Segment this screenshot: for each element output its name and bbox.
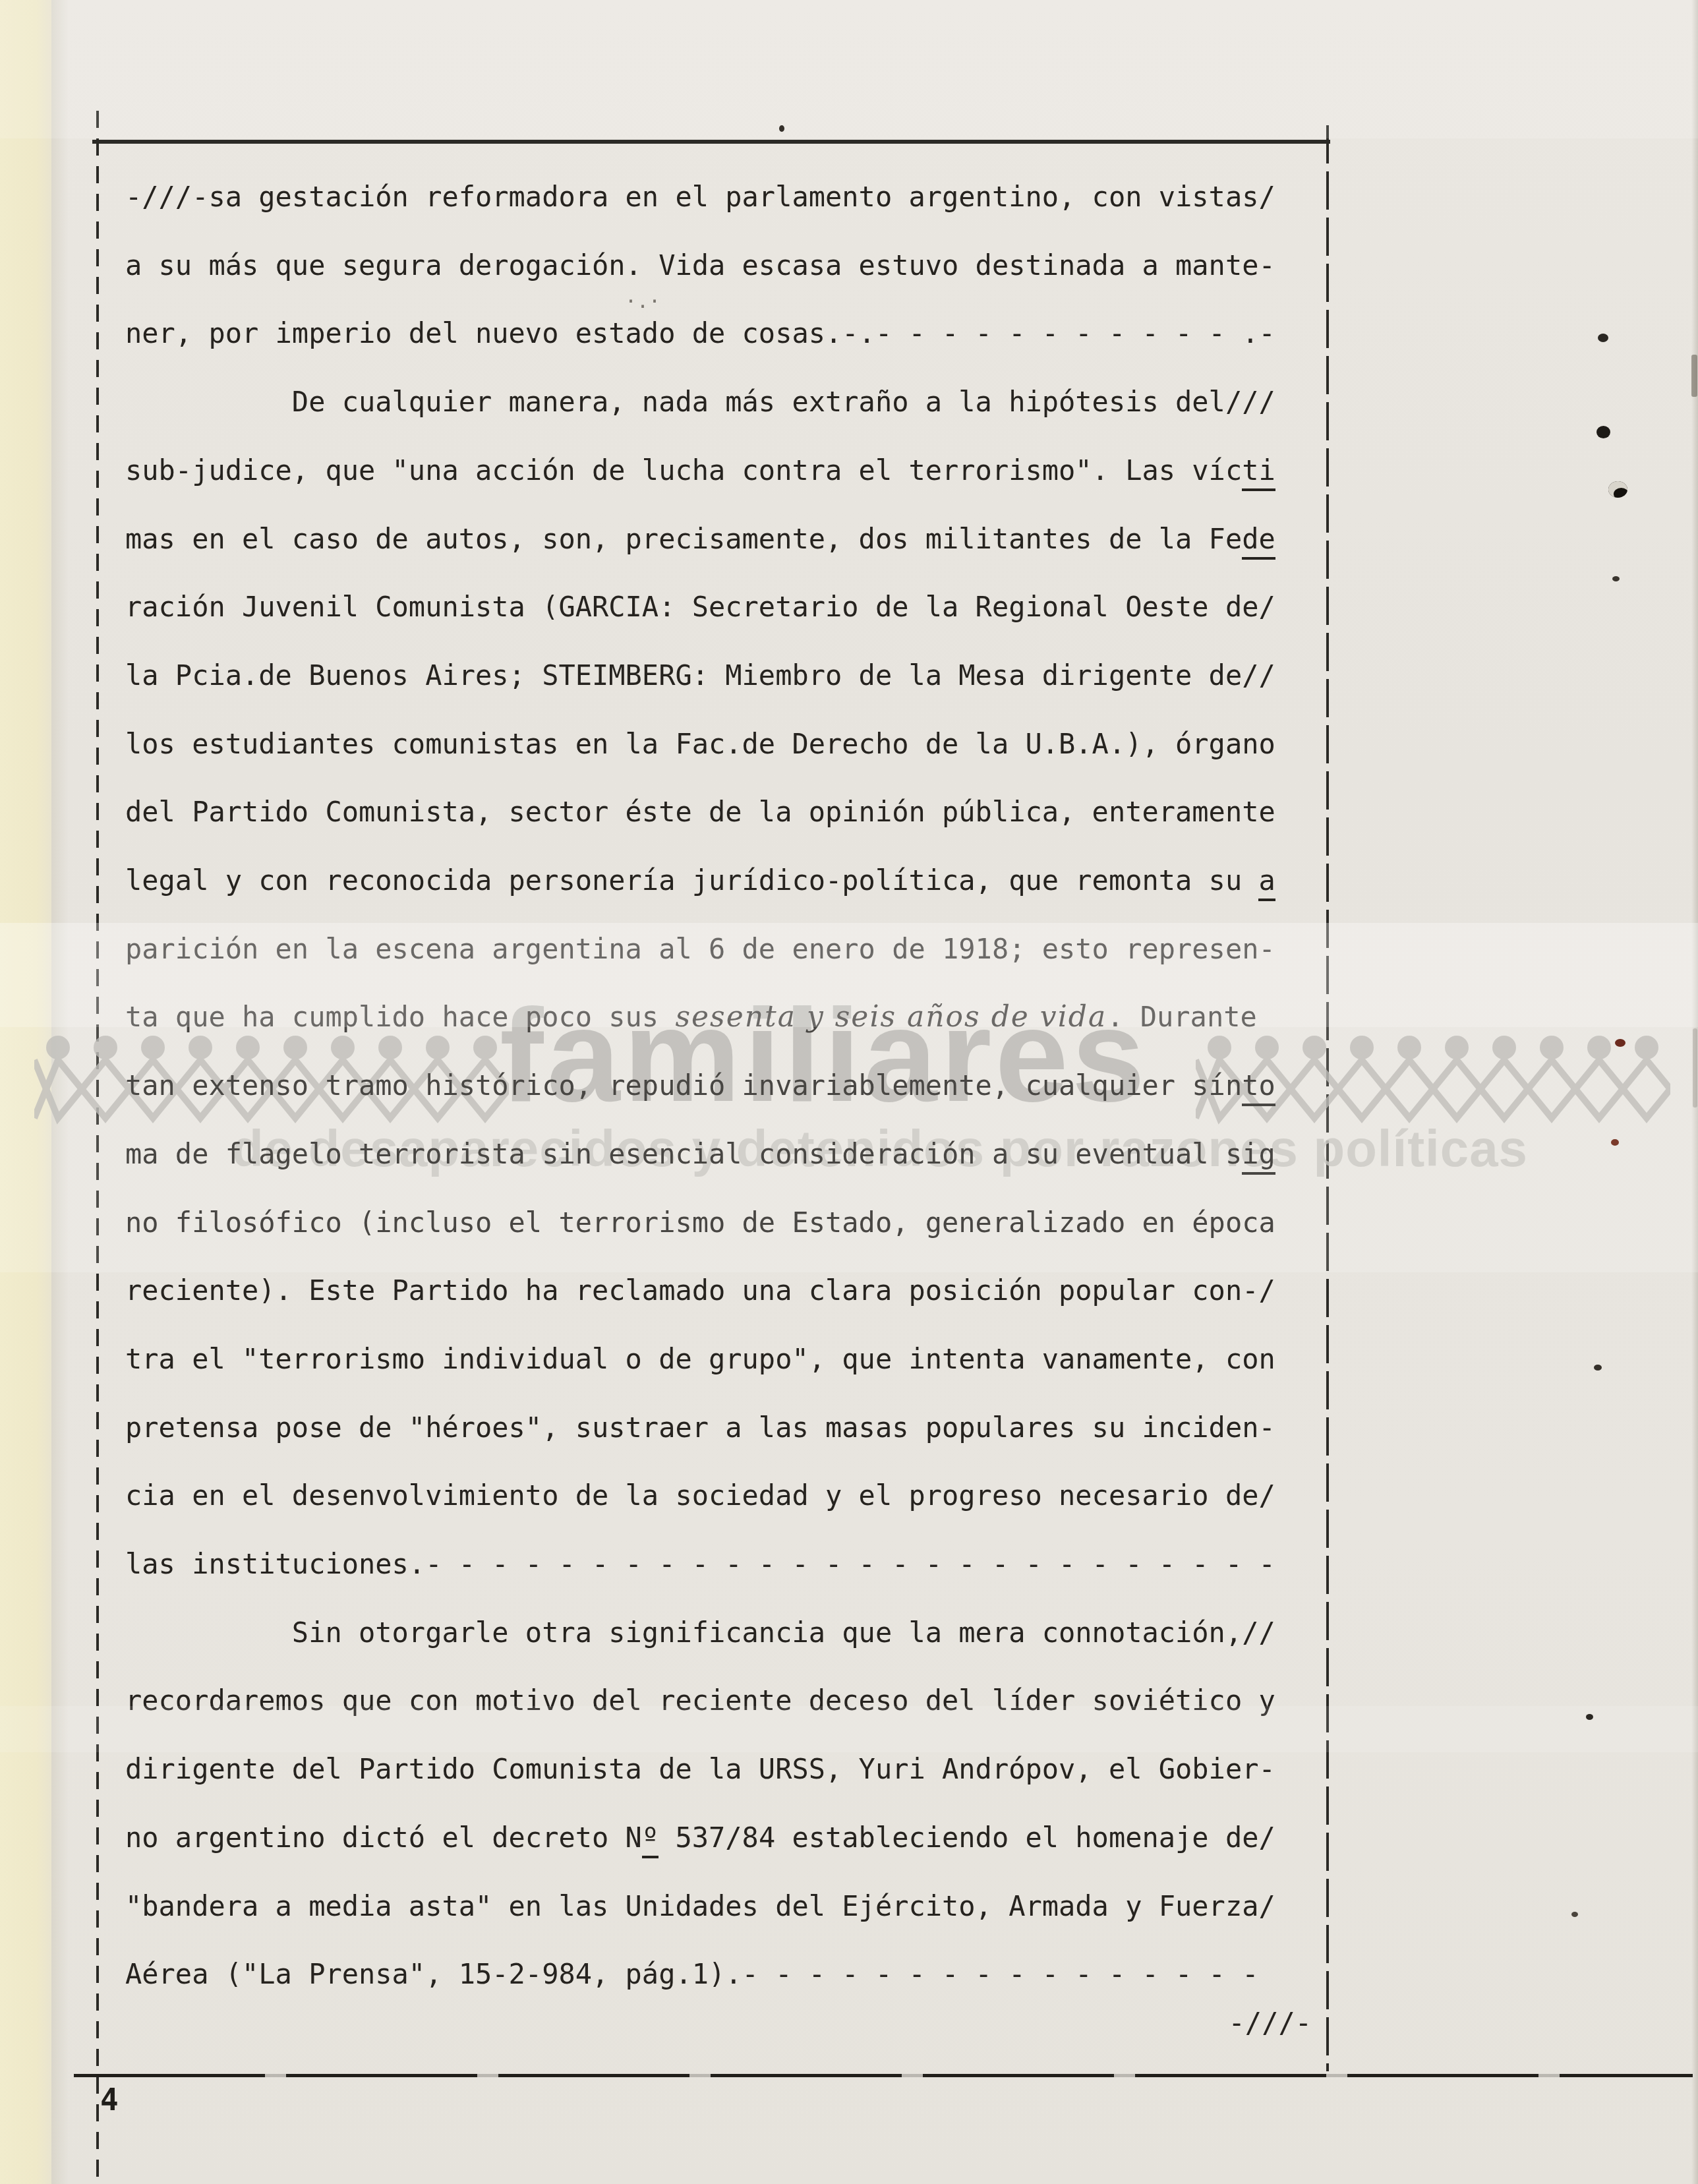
- scan-artifact: [779, 125, 784, 132]
- text-segment: recordaremos que con motivo del reciente…: [125, 1684, 1275, 1717]
- text-segment: Aérea ("La Prensa", 15-2-984, pág.1).- -…: [125, 1958, 1258, 1990]
- text-segment: tra el "terrorismo individual o de grupo…: [125, 1343, 1275, 1375]
- text-segment: del Partido Comunista, sector éste de la…: [125, 796, 1275, 828]
- scanned-document-page: familiares de desaparecidos y detenidos …: [0, 0, 1698, 2184]
- text-segment: reciente). Este Partido ha reclamado una…: [125, 1274, 1275, 1307]
- text-line: ración Juvenil Comunista (GARCIA: Secret…: [125, 592, 1275, 622]
- text-segment: a: [1258, 864, 1275, 901]
- text-line: De cualquier manera, nada más extraño a …: [125, 387, 1275, 417]
- scan-artifact: [1571, 1912, 1578, 1917]
- text-line: -///-: [1229, 2008, 1312, 2038]
- text-segment: De cualquier manera, nada más extraño a …: [125, 386, 1275, 418]
- text-line: mas en el caso de autos, son, precisamen…: [125, 524, 1275, 554]
- text-line: del Partido Comunista, sector éste de la…: [125, 797, 1275, 827]
- text-line: parición en la escena argentina al 6 de …: [125, 934, 1275, 964]
- text-block-top-border: [92, 140, 1330, 144]
- text-line: recordaremos que con motivo del reciente…: [125, 1686, 1275, 1716]
- text-segment: "bandera a media asta" en las Unidades d…: [125, 1890, 1275, 1922]
- text-line: legal y con reconocida personería jurídi…: [125, 866, 1275, 896]
- text-line: la Pcia.de Buenos Aires; STEIMBERG: Miem…: [125, 661, 1275, 691]
- text-segment: la Pcia.de Buenos Aires; STEIMBERG: Miem…: [125, 659, 1275, 692]
- text-segment: no filosófico (incluso el terrorismo de …: [125, 1206, 1275, 1239]
- text-line: ner, por imperio del nuevo estado de cos…: [125, 318, 1275, 349]
- scan-artifact: [1608, 481, 1627, 498]
- text-segment: º: [642, 1821, 659, 1858]
- text-segment: las instituciones.- - - - - - - - - - - …: [125, 1548, 1275, 1580]
- scan-artifact: [1693, 1028, 1697, 1107]
- text-segment: tan extenso tramo histórico, repudió inv…: [125, 1069, 1242, 1102]
- text-line: reciente). Este Partido ha reclamado una…: [125, 1276, 1275, 1306]
- scan-artifact: ·.·: [625, 290, 660, 313]
- text-line: -///-sa gestación reformadora en el parl…: [125, 182, 1275, 212]
- text-block-left-border: [96, 111, 99, 2184]
- text-line: cia en el desenvolvimiento de la socieda…: [125, 1481, 1275, 1511]
- text-line: no argentino dictó el decreto Nº 537/84 …: [125, 1823, 1275, 1853]
- text-line: pretensa pose de "héroes", sustraer a la…: [125, 1413, 1275, 1443]
- text-segment: 537/84 estableciendo el homenaje de/: [659, 1821, 1275, 1854]
- scan-artifact: [1596, 426, 1610, 438]
- text-segment: no argentino dictó el decreto N: [125, 1821, 642, 1854]
- text-segment: to: [1242, 1069, 1275, 1106]
- page-bottom-rule: [74, 2074, 1693, 2077]
- text-line: ta que ha cumplido hace poco sus sesenta…: [125, 1002, 1257, 1032]
- text-segment: -///-: [1229, 2007, 1312, 2039]
- text-segment: ig: [1242, 1138, 1275, 1175]
- text-line: tra el "terrorismo individual o de grupo…: [125, 1344, 1275, 1374]
- page-number: 4: [100, 2082, 119, 2117]
- text-line: dirigente del Partido Comunista de la UR…: [125, 1754, 1275, 1785]
- text-segment: los estudiantes comunistas en la Fac.de …: [125, 728, 1275, 760]
- text-segment: legal y con reconocida personería jurídi…: [125, 864, 1258, 897]
- text-segment: . Durante: [1107, 1001, 1257, 1033]
- text-segment: sub-judice, que "una acción de lucha con…: [125, 454, 1242, 487]
- text-line: los estudiantes comunistas en la Fac.de …: [125, 729, 1275, 759]
- text-line: "bandera a media asta" en las Unidades d…: [125, 1891, 1275, 1922]
- scan-artifact: [1611, 1139, 1619, 1146]
- text-segment: ner, por imperio del nuevo estado de cos…: [125, 317, 1275, 349]
- text-line: no filosófico (incluso el terrorismo de …: [125, 1208, 1275, 1238]
- text-line: sub-judice, que "una acción de lucha con…: [125, 456, 1275, 486]
- text-segment: ración Juvenil Comunista (GARCIA: Secret…: [125, 591, 1275, 623]
- text-line: a su más que segura derogación. Vida esc…: [125, 251, 1275, 281]
- text-segment: ma de flagelo terrorista sin esencial co…: [125, 1138, 1242, 1170]
- scan-artifact: [1691, 355, 1697, 397]
- text-segment: parición en la escena argentina al 6 de …: [125, 933, 1275, 965]
- text-segment: ta que ha cumplido hace poco sus: [125, 1001, 675, 1033]
- text-segment: pretensa pose de "héroes", sustraer a la…: [125, 1411, 1275, 1444]
- scan-artifact: [1612, 576, 1620, 581]
- text-line: tan extenso tramo histórico, repudió inv…: [125, 1071, 1275, 1101]
- text-segment: dirigente del Partido Comunista de la UR…: [125, 1753, 1275, 1785]
- text-line: Sin otorgarle otra significancia que la …: [125, 1618, 1275, 1648]
- text-line: ma de flagelo terrorista sin esencial co…: [125, 1139, 1275, 1169]
- text-segment: cia en el desenvolvimiento de la socieda…: [125, 1479, 1275, 1512]
- text-segment: ti: [1242, 454, 1275, 491]
- scan-artifact: [1594, 1365, 1602, 1371]
- scan-artifact: [1586, 1714, 1593, 1720]
- text-segment: sesenta y seis años de vida: [675, 1000, 1107, 1034]
- text-segment: a su más que segura derogación. Vida esc…: [125, 249, 1275, 281]
- text-segment: Sin otorgarle otra significancia que la …: [125, 1616, 1275, 1649]
- scan-artifact: [1598, 334, 1608, 342]
- scan-band: [0, 0, 1698, 138]
- text-segment: -///-sa gestación reformadora en el parl…: [125, 181, 1275, 213]
- text-segment: de: [1242, 523, 1275, 560]
- text-line: las instituciones.- - - - - - - - - - - …: [125, 1549, 1275, 1579]
- text-line: Aérea ("La Prensa", 15-2-984, pág.1).- -…: [125, 1959, 1258, 1990]
- scan-artifact: [1615, 1039, 1625, 1047]
- text-segment: mas en el caso de autos, son, precisamen…: [125, 523, 1242, 555]
